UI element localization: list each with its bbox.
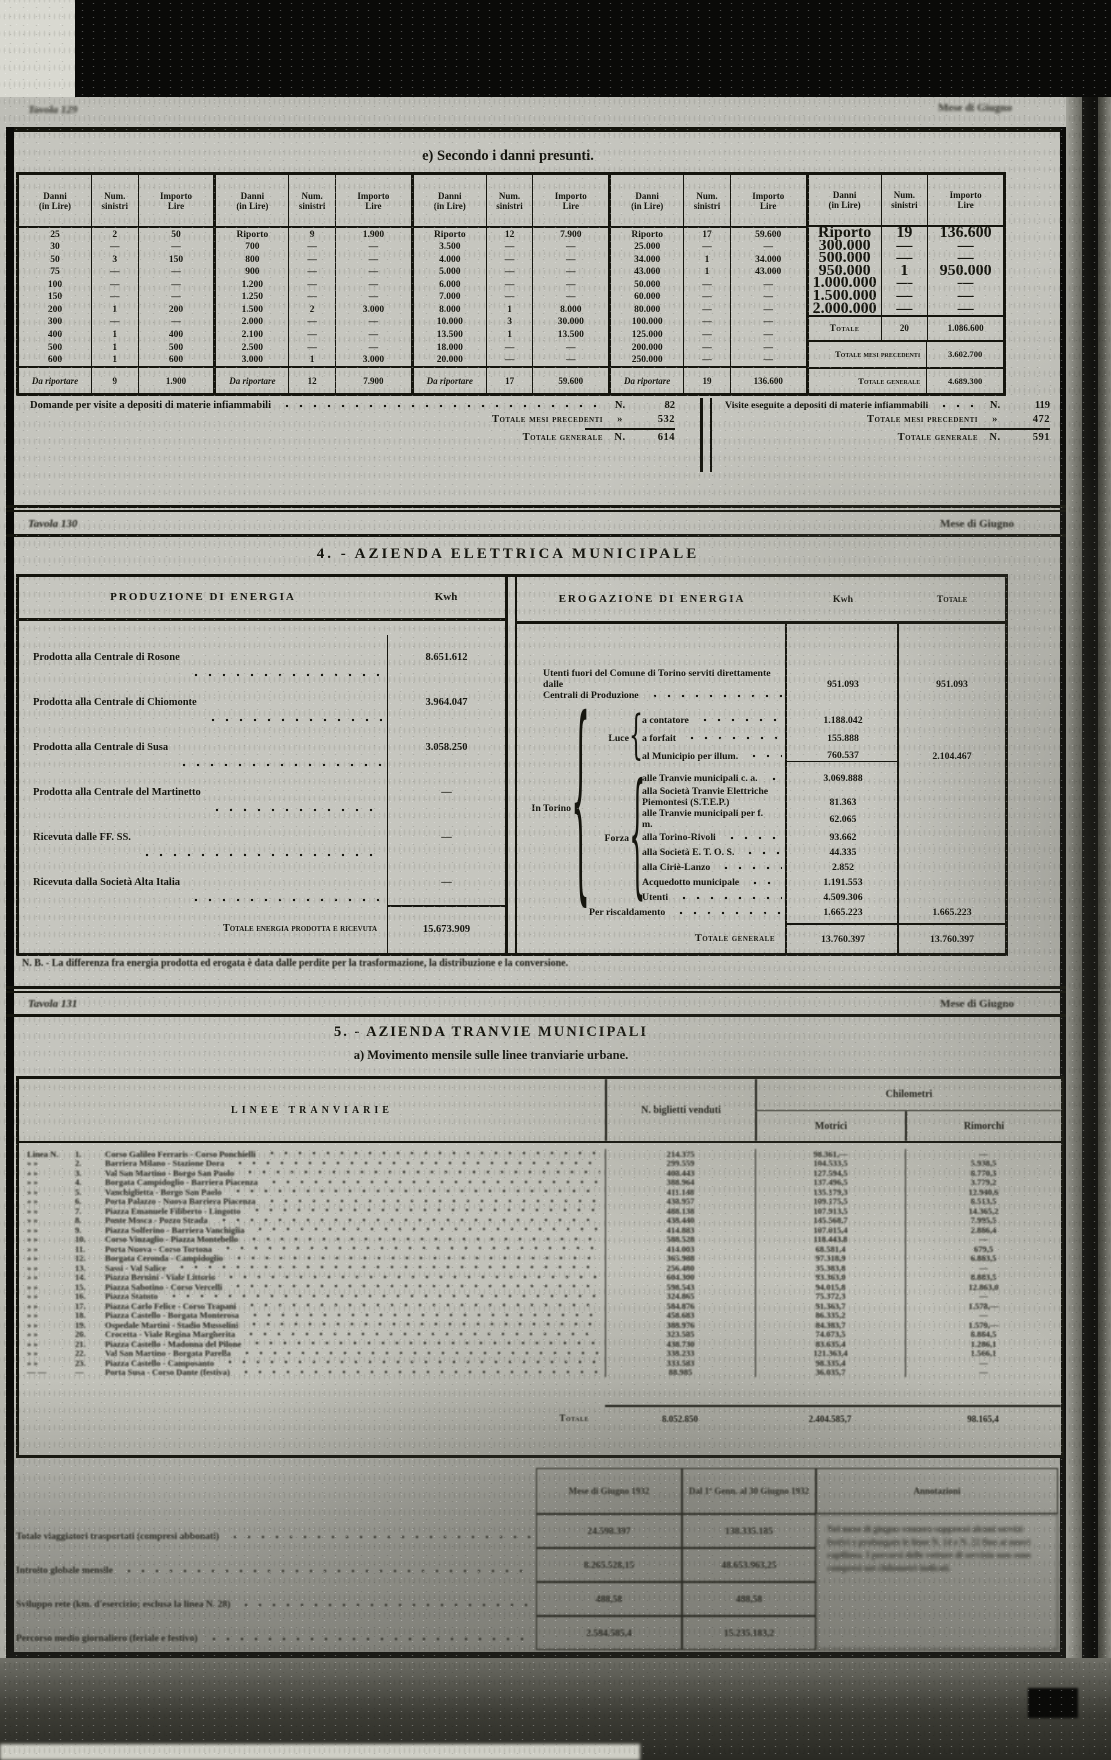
dot-leader (746, 878, 782, 887)
group-body: Riporto19136.600300.000——500.000——950.00… (809, 227, 1003, 315)
cell: » » (19, 1301, 75, 1311)
tavola-129-label: Tavola 129 (28, 104, 77, 116)
cell: 68.581,4 (755, 1244, 905, 1254)
cell: 200 (138, 304, 214, 317)
scanned-page: Tavola 129 Mese di Giugno e) Secondo i d… (0, 0, 1111, 1760)
cell: 13.500 (414, 329, 486, 342)
in-torino-label: In Torino (517, 803, 571, 814)
cell: 414.883 (605, 1225, 755, 1235)
cell: — — (19, 1368, 75, 1378)
annotazioni-text: Nel mese di giugno vennero soppressi alc… (816, 1514, 1058, 1650)
cell: » » (19, 1225, 75, 1235)
cell: 1 (486, 304, 533, 317)
cell: 9. (75, 1225, 105, 1235)
cell: 1.900 (335, 228, 411, 241)
da-riportare-importo: 136.600 (730, 368, 806, 393)
hdr-num-sub: sinistri (101, 201, 128, 211)
cell: 3.000 (335, 304, 411, 317)
cell: — (881, 277, 928, 290)
group-footer: Da riportare 17 59.600 (414, 366, 608, 393)
cell: 107.015,4 (755, 1225, 905, 1235)
cell: 30 (19, 241, 91, 254)
riscaldamento-totale: 1.665.223 (899, 907, 1005, 918)
summary-table: Mese di Giugno 1932 Dal 1º Genn. al 30 G… (16, 1468, 1058, 1650)
cell: 135.179,3 (755, 1187, 905, 1197)
cell: 93.363,0 (755, 1273, 905, 1283)
cell: — (905, 1358, 1061, 1368)
cell: 145.568,7 (755, 1216, 905, 1226)
da-riportare-num: 12 (288, 368, 335, 393)
summary-value-mese: 24.598.397 (536, 1514, 682, 1548)
cell: 25 (19, 228, 91, 241)
dot-leader (683, 734, 782, 743)
cell: 438.730 (605, 1339, 755, 1349)
n-abbrev: N. (603, 432, 637, 443)
cell: 600 (138, 354, 214, 367)
totale-biglietti: 8.052.850 (605, 1405, 755, 1431)
forza-item: alla Ciriè-Lanzo 2.852 (642, 860, 1005, 875)
summary-row-label: Percorso medio giornaliero (feriale e fe… (16, 1616, 536, 1650)
group-header: Danni(in Lire) Num.sinistri ImportoLire (19, 175, 213, 228)
cell: 98.361,— (755, 1149, 905, 1159)
scan-right-dark-line (1082, 97, 1098, 1760)
cell: — (927, 240, 1003, 253)
cell-text: Porta Nuova - Corso Tortona (105, 1244, 212, 1254)
cell: — (905, 1368, 1061, 1378)
item-kwh: 3.069.888 (787, 773, 899, 784)
cell-text: Ricevuta dalle FF. SS. (33, 832, 131, 843)
hdr-num: Num. (104, 191, 125, 201)
tavola-131-label: Tavola 131 (28, 998, 77, 1010)
dot-leader (173, 1263, 600, 1272)
dot-leader (245, 1320, 600, 1329)
group-body: Riporto1759.60025.000——34.000134.00043.0… (611, 228, 805, 366)
hdr-danni: Danni (43, 191, 67, 201)
cell: » » (19, 1273, 75, 1283)
hdr-danni: Danni (438, 191, 462, 201)
cell-text: Barriera Milano - Stazione Dora (105, 1159, 224, 1169)
n-abbrev: N. (978, 400, 1012, 411)
group-body: Riporto127.9003.500——4.000——5.000——6.000… (414, 228, 608, 366)
cell: » » (19, 1282, 75, 1292)
dot-leader (237, 1368, 600, 1377)
cell: 8.651.612 (387, 635, 505, 680)
col-line (897, 621, 899, 953)
luce-totale: 2.104.467 (899, 751, 1005, 762)
cell: 91.363,7 (755, 1301, 905, 1311)
cell: 679,5 (905, 1244, 1061, 1254)
cell-text: Piazza Castello - Camposanto (105, 1358, 214, 1368)
mese-giugno-label-2: Mese di Giugno (940, 518, 1014, 530)
cell: — (683, 354, 730, 367)
cell: 1.566,1 (905, 1349, 1061, 1359)
prec-label: Totale mesi precedenti (492, 414, 603, 425)
rule (6, 991, 1066, 993)
cell: — (138, 316, 214, 329)
produzione-title: PRODUZIONE DI ENERGIA (19, 591, 387, 603)
cell: — (335, 291, 411, 304)
forza-group: Forza { alle Tranvie municipali c. a. 3.… (587, 771, 1005, 905)
totale-generale-kwh: 13.760.397 (787, 923, 899, 953)
cell: 137.496,5 (755, 1178, 905, 1188)
cell: 5.938,5 (905, 1159, 1061, 1169)
kwh-header: Kwh (387, 591, 505, 603)
cell: 338.233 (605, 1349, 755, 1359)
cell: 1.500.000 (809, 290, 881, 303)
cell: 3.500 (414, 241, 486, 254)
hdr-num: Num. (499, 191, 520, 201)
cell: 15. (75, 1282, 105, 1292)
forza-item: Utenti 4.509.306 (642, 890, 1005, 905)
dot-leader (935, 401, 973, 410)
cell: — (91, 291, 138, 304)
item-label: a forfait (642, 733, 676, 744)
cell: — (881, 290, 928, 303)
tranvie-footer: Totale 8.052.850 2.404.585,7 98.165,4 (19, 1405, 1061, 1431)
cell: 100 (19, 279, 91, 292)
cell-text: Piazza Solferino - Barriera Vanchiglia (105, 1225, 244, 1235)
item-kwh: 44.335 (787, 847, 899, 858)
notes-divider (700, 398, 712, 472)
cell: 388.964 (605, 1178, 755, 1188)
dot-leader (219, 1244, 600, 1253)
cell: 1.500 (216, 304, 288, 317)
cell: Piazza Carlo Felice - Corso Trapani (105, 1301, 605, 1311)
cell: 604.300 (605, 1273, 755, 1283)
page-number-blob (1028, 1688, 1078, 1718)
cell: — (486, 279, 533, 292)
cell: 10. (75, 1235, 105, 1245)
cell: — (288, 253, 335, 266)
forza-item: alla Torino-Rivoli 93.662 (642, 830, 1005, 845)
cell: 84.383,7 (755, 1320, 905, 1330)
cell-text: Prodotta alla Centrale del Martinetto (33, 787, 201, 798)
cell: 43.000 (730, 266, 806, 279)
cell: — (288, 329, 335, 342)
dot-leader (672, 908, 782, 917)
rule (6, 534, 1066, 537)
cell: — (335, 266, 411, 279)
dot-leader (263, 1197, 600, 1206)
cell: 1.286,1 (905, 1339, 1061, 1349)
cell: 16. (75, 1292, 105, 1302)
cell: » » (19, 1159, 75, 1169)
forza-item: alla Società Tranvie Elettriche Piemonte… (642, 786, 1005, 808)
totale-generale-label: Totale generale (517, 933, 787, 944)
dot-leader (120, 1566, 531, 1575)
cell: — (532, 253, 608, 266)
cell: — (730, 241, 806, 254)
cell: » » (19, 1330, 75, 1340)
cell: 8.513,5 (905, 1197, 1061, 1207)
item-label: a contatore (642, 715, 689, 726)
cell: 3.779,2 (905, 1178, 1061, 1188)
dot-leader (646, 691, 782, 700)
cell: 14.365,2 (905, 1206, 1061, 1216)
mese-giugno-label-1: Mese di Giugno (938, 102, 1012, 114)
luce-brace: { (629, 712, 642, 765)
totale-generale-totale: 13.760.397 (899, 923, 1005, 953)
dot-leader (723, 833, 782, 842)
note-visite: Visite eseguite a depositi di materie in… (725, 400, 1050, 446)
danni-table: Danni(in Lire) Num.sinistri ImportoLire … (16, 172, 1006, 396)
cell: 900 (216, 266, 288, 279)
cell-text: Sassi - Val Salice (105, 1263, 166, 1273)
cell: 5. (75, 1187, 105, 1197)
item-label: alla Società Tranvie Elettriche Piemonte… (642, 786, 775, 808)
cell-text: Prodotta alla Centrale di Chiomonte (33, 697, 197, 708)
da-riportare-num: 19 (683, 368, 730, 393)
summary-value-cumulato: 488,58 (682, 1582, 816, 1616)
cell: » » (19, 1235, 75, 1245)
note-domande-label: Domande per visite a depositi di materie… (30, 400, 271, 411)
cell: 43.000 (611, 266, 683, 279)
cell: 97.318,9 (755, 1254, 905, 1264)
cell: » » (19, 1206, 75, 1216)
hdr-danni: Danni (635, 191, 659, 201)
cell: — (486, 341, 533, 354)
item-label: al Municipio per illum. (642, 751, 738, 762)
cell: 107.913,5 (755, 1206, 905, 1216)
dot-leader (241, 1168, 600, 1177)
in-torino-block: In Torino { Luce { a contatore 1.188.042 (517, 711, 1005, 905)
cell: — (683, 279, 730, 292)
cell: 950.000 (927, 265, 1003, 278)
riscaldamento-row: Per riscaldamento 1.665.223 1.665.223 (517, 907, 1005, 918)
da-riportare-label: Da riportare (414, 368, 486, 393)
cell: » » (19, 1320, 75, 1330)
cell-text: Piazza Castello - Borgata Monterosa (105, 1311, 239, 1321)
cell: 400 (138, 329, 214, 342)
cell: » » (19, 1311, 75, 1321)
cell: — (532, 291, 608, 304)
cell: 1.578,— (905, 1301, 1061, 1311)
dot-leader (222, 1273, 600, 1282)
cell: 500 (138, 341, 214, 354)
cell: 300 (19, 316, 91, 329)
mese-giugno-label-3: Mese di Giugno (940, 998, 1014, 1010)
cell: 12.940,6 (905, 1187, 1061, 1197)
group-body: Riporto91.900700——800——900——1.200——1.250… (216, 228, 410, 366)
gen-label: Totale generale (523, 432, 603, 443)
fuori-kwh: 951.093 (787, 679, 899, 690)
rule (6, 1014, 1066, 1017)
cell: 1 (683, 253, 730, 266)
gen-value: 614 (637, 432, 675, 443)
hdr-importo: Importo (160, 191, 192, 201)
fuori-totale: 951.093 (899, 679, 1005, 690)
cell: 3.000 (335, 354, 411, 367)
group-footer: Da riportare 9 1.900 (19, 366, 213, 393)
cell: 1. (75, 1149, 105, 1159)
cell: 3. (75, 1168, 105, 1178)
cell: — (905, 1311, 1061, 1321)
cell: Corso Vinzaglio - Piazza Montebello (105, 1235, 605, 1245)
cell: — (138, 279, 214, 292)
cell-text: Val San Martino - Borgo San Paolo (105, 1168, 234, 1178)
dot-leader (263, 1149, 600, 1158)
cell: 7.900 (532, 228, 608, 241)
cell: — (335, 279, 411, 292)
item-kwh: 155.888 (787, 733, 899, 744)
hdr-num-sub: sinistri (694, 201, 721, 211)
item-label: alle Tranvie municipali per f. m. (642, 808, 775, 830)
cell: 2.500 (216, 341, 288, 354)
motrici-header: Motrici (755, 1111, 905, 1141)
cell: 150 (138, 253, 214, 266)
col-mese-header: Mese di Giugno 1932 (536, 1468, 682, 1514)
cell: — (927, 302, 1003, 315)
cell: 500 (19, 341, 91, 354)
cell: — (730, 279, 806, 292)
item-kwh: 81.363 (787, 797, 899, 808)
prec-label: Totale mesi precedenti (867, 414, 978, 425)
da-riportare-num: 17 (486, 368, 533, 393)
totale-gen-value: 4.689.300 (926, 369, 1003, 393)
tranvie-rows: Linea N.1.Corso Galileo Ferraris - Corso… (19, 1149, 1061, 1377)
cell: 12 (486, 228, 533, 241)
dot-leader (265, 1178, 600, 1187)
cell: 74.073,5 (755, 1330, 905, 1340)
cell: Porta Palazzo - Nuova Barriera Piacenza (105, 1197, 605, 1207)
note-visite-label: Visite eseguite a depositi di materie in… (725, 400, 928, 411)
cell-text: Borgata Campidoglio - Barriera Piacenza (105, 1178, 258, 1188)
cell: 365.988 (605, 1254, 755, 1264)
summary-value-mese: 8.265.528,15 (536, 1548, 682, 1582)
totale-motrici: 2.404.585,7 (755, 1405, 905, 1431)
cell: — (138, 241, 214, 254)
panel-divider (505, 577, 517, 953)
cell: Corso Galileo Ferraris - Corso Ponchiell… (105, 1149, 605, 1159)
cell: — (881, 302, 928, 315)
item-label: alla Società E. T. O. S. (642, 847, 734, 858)
cell: Piazza Bernini - Viale Littorio (105, 1273, 605, 1283)
da-riportare-importo: 1.900 (138, 368, 214, 393)
cell: 109.175,5 (755, 1197, 905, 1207)
cell: 2.000 (216, 316, 288, 329)
erogazione-footer: Totale generale 13.760.397 13.760.397 (517, 923, 1005, 953)
cell: 588.528 (605, 1235, 755, 1245)
scan-bottom-light-strip (0, 1744, 640, 1760)
cell: Piazza Castello - Madonna del Pilone (105, 1339, 605, 1349)
hdr-danni: Danni (241, 191, 265, 201)
cell: — (486, 354, 533, 367)
cell: Riporto (414, 228, 486, 241)
note-domande: Domande per visite a depositi di materie… (30, 400, 675, 446)
cell: 408.443 (605, 1168, 755, 1178)
dot-leader (243, 1301, 600, 1310)
cell: 1 (91, 341, 138, 354)
da-riportare-importo: 59.600 (532, 368, 608, 393)
luce-item: a forfait 155.888 (642, 729, 1005, 747)
cell: 34.000 (730, 253, 806, 266)
cell: — (335, 316, 411, 329)
dot-leader (187, 670, 382, 679)
dot-leader (229, 1187, 600, 1196)
cell: Piazza Statuto (105, 1292, 605, 1302)
hdr-importo: Importo (752, 191, 784, 201)
dot-leader (765, 774, 782, 783)
produzione-rows: Prodotta alla Centrale di Rosone8.651.61… (19, 621, 505, 905)
cell: — (532, 241, 608, 254)
cell: » » (19, 1263, 75, 1273)
dot-leader (245, 1235, 600, 1244)
forza-item: alle Tranvie municipali per f. m. 62.065 (642, 808, 1005, 830)
cell: — (683, 341, 730, 354)
cell: 1.250 (216, 291, 288, 304)
hdr-num: Num. (696, 191, 717, 201)
cell: 323.585 (605, 1330, 755, 1340)
da-riportare-label: Da riportare (611, 368, 683, 393)
da-riportare-label: Da riportare (216, 368, 288, 393)
cell: Porta Susa - Corso Dante (festiva) (105, 1368, 605, 1378)
cell: 200.000 (611, 341, 683, 354)
summary-value-cumulato: 48.653.963,25 (682, 1548, 816, 1582)
cell: 438.957 (605, 1197, 755, 1207)
cell-text: Borgata Ceronda - Campidoglio (105, 1254, 223, 1264)
cell: Val San Martino - Borgata Parella (105, 1349, 605, 1359)
table1-title: e) Secondo i danni presunti. (16, 148, 1000, 165)
totale-num: 20 (881, 317, 928, 340)
label-text: Introito globale mensile (16, 1565, 113, 1576)
cell: 13. (75, 1263, 105, 1273)
totale-prec-value: 3.602.700 (926, 342, 1003, 367)
n-abbrev: N. (603, 400, 637, 411)
cell: 458.683 (605, 1311, 755, 1321)
cell: 1 (288, 354, 335, 367)
forza-item: alle Tranvie municipali c. a. 3.069.888 (642, 771, 1005, 786)
cell: 10.000 (414, 316, 486, 329)
totale-row: Totale 20 1.086.600 (809, 315, 1003, 340)
dot-leader (175, 760, 382, 769)
cell: 150 (19, 291, 91, 304)
cell-text: Piazza Sabotino - Corso Vercelli (105, 1282, 222, 1292)
summary-row-label: Sviluppo rete (km. d'esercizio; esclusa … (16, 1582, 536, 1616)
cell: 3.964.047 (387, 680, 505, 725)
cell: 950.000 (809, 265, 881, 278)
cell: — (683, 291, 730, 304)
hdr-num: Num. (302, 191, 323, 201)
cell: 21. (75, 1339, 105, 1349)
dot-leader (717, 863, 782, 872)
chilometri-header: Chilometri (755, 1079, 1061, 1111)
cell: » » (19, 1216, 75, 1226)
dot-leader (221, 1358, 600, 1367)
cell: 8.770,3 (905, 1168, 1061, 1178)
cell: 488.138 (605, 1206, 755, 1216)
cell: 75 (19, 266, 91, 279)
cell: 8.884,5 (905, 1330, 1061, 1340)
cell: Crocetta - Viale Regina Margherita (105, 1330, 605, 1340)
cell: — (683, 329, 730, 342)
cell: 80.000 (611, 304, 683, 317)
hdr-importo-sub: Lire (957, 200, 973, 210)
cell: 600 (19, 354, 91, 367)
totale-header: Totale (899, 594, 1005, 605)
col-cumulato-header: Dal 1º Genn. al 30 Giugno 1932 (682, 1468, 816, 1514)
cell: 500.000 (809, 252, 881, 265)
dot-leader (205, 1634, 531, 1643)
cell: — (387, 770, 505, 815)
cell: — (288, 291, 335, 304)
section4-title: 4. - AZIENDA ELETTRICA MUNICIPALE (16, 546, 1000, 563)
cell: 20. (75, 1330, 105, 1340)
cell: 1 (683, 266, 730, 279)
cell: Ricevuta dalla Società Alta Italia (19, 860, 387, 905)
cell: — (387, 815, 505, 860)
cell: — (288, 241, 335, 254)
cell-text: Prodotta alla Centrale di Rosone (33, 652, 180, 663)
